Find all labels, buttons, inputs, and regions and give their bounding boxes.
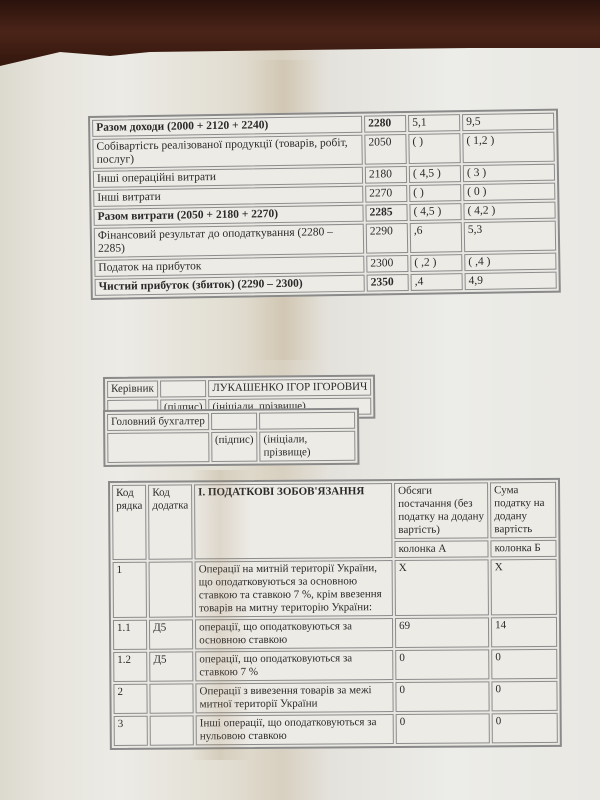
row-code: 1.2 bbox=[113, 652, 147, 682]
table-row: 1 Операції на митній території України, … bbox=[113, 559, 557, 618]
current-value: ,6 bbox=[410, 222, 462, 253]
current-value: ( 4,5 ) bbox=[409, 165, 461, 183]
current-value: ,4 bbox=[411, 273, 463, 291]
table-row: 2 Операції з вивезення товарів за межі м… bbox=[113, 681, 557, 714]
director-signature-field bbox=[160, 380, 207, 397]
current-value: ( ) bbox=[408, 133, 460, 164]
accountant-name bbox=[259, 412, 355, 430]
description: Операції з вивезення товарів за межі мит… bbox=[195, 682, 393, 713]
signature-caption: (підпис) bbox=[211, 432, 258, 462]
row-code: 1 bbox=[113, 562, 148, 618]
row-code: 2180 bbox=[365, 166, 407, 184]
col-b-value: 14 bbox=[491, 617, 557, 647]
description: операції, що оподатковуються за ставкою … bbox=[195, 650, 393, 681]
description: операції, що оподатковуються за основною… bbox=[195, 618, 393, 649]
row-label: Інші витрати bbox=[93, 186, 363, 207]
col-a-label: колонка А bbox=[394, 540, 488, 558]
previous-value: ( ,4 ) bbox=[464, 253, 556, 271]
description: Інші операції, що оподатковуються за нул… bbox=[196, 714, 394, 745]
row-label: Інші операційні витрати bbox=[93, 167, 363, 188]
previous-value: 4,9 bbox=[465, 272, 557, 290]
table-row: 3 Інші операції, що оподатковуються за н… bbox=[114, 713, 558, 746]
header-row-code: Код рядка bbox=[112, 485, 147, 560]
row-code: 2270 bbox=[365, 185, 407, 203]
current-value: ( 4,5 ) bbox=[409, 203, 461, 221]
accountant-role-label: Головний бухгалтер bbox=[107, 413, 209, 431]
current-value: ( ) bbox=[409, 184, 461, 202]
col-b-label: колонка Б bbox=[490, 540, 556, 557]
row-label: Разом доходи (2000 + 2120 + 2240) bbox=[92, 116, 362, 137]
director-name: ЛУКАШЕНКО ІГОР ІГОРОВИЧ bbox=[208, 379, 371, 397]
col-b-value: 0 bbox=[492, 713, 558, 743]
row-label: Разом витрати (2050 + 2180 + 2270) bbox=[93, 205, 363, 226]
header-col-a: Обсяги постачання (без податку на додану… bbox=[394, 482, 488, 539]
previous-value: ( 0 ) bbox=[463, 183, 555, 201]
previous-value: ( 4,2 ) bbox=[463, 202, 555, 220]
col-a-value: 0 bbox=[395, 649, 489, 680]
accountant-signature-block: Головний бухгалтер (підпис) (ініціали, п… bbox=[103, 408, 360, 467]
accountant-signature-field bbox=[211, 413, 258, 430]
col-a-value: 0 bbox=[395, 681, 489, 712]
current-value: 5,1 bbox=[408, 114, 460, 132]
table-row: 1.2 Д5 операції, що оподатковуються за с… bbox=[113, 649, 557, 682]
previous-value: ( 1,2 ) bbox=[462, 132, 554, 163]
row-label: Фінансовий результат до оподаткування (2… bbox=[94, 224, 364, 258]
row-code: 2300 bbox=[366, 255, 408, 273]
row-code: 2285 bbox=[365, 204, 407, 222]
col-b-value: 0 bbox=[491, 649, 557, 679]
current-value: ( ,2 ) bbox=[410, 254, 462, 272]
blank-cell bbox=[107, 432, 209, 463]
row-code: 2 bbox=[113, 684, 147, 714]
header-row: Код рядка Код додатка І. ПОДАТКОВІ ЗОБОВ… bbox=[112, 482, 556, 541]
name-caption: (ініціали, прізвище) bbox=[259, 431, 355, 462]
col-a-value: 0 bbox=[396, 713, 490, 744]
col-a-value: 69 bbox=[395, 617, 489, 648]
appendix-code: Д5 bbox=[149, 619, 193, 649]
table-row: Собівартість реалізованої продукції (тов… bbox=[92, 132, 554, 169]
row-label: Собівартість реалізованої продукції (тов… bbox=[92, 135, 362, 169]
appendix-code bbox=[149, 561, 193, 617]
previous-value: ( 3 ) bbox=[463, 164, 555, 182]
header-appendix-code: Код додатка bbox=[148, 484, 192, 559]
row-code: 2280 bbox=[364, 115, 406, 133]
director-role-label: Керівник bbox=[107, 381, 158, 398]
table-row: Фінансовий результат до оподаткування (2… bbox=[94, 221, 556, 258]
row-label: Податок на прибуток bbox=[94, 256, 364, 277]
row-code: 3 bbox=[114, 716, 148, 746]
row-code: 1.1 bbox=[113, 620, 147, 650]
col-a-value: X bbox=[395, 559, 489, 616]
appendix-code bbox=[150, 683, 194, 713]
section-title: І. ПОДАТКОВІ ЗОБОВ'ЯЗАННЯ bbox=[194, 483, 393, 559]
appendix-code: Д5 bbox=[149, 651, 193, 681]
row-code: 2350 bbox=[367, 274, 409, 292]
appendix-code bbox=[150, 715, 194, 745]
table-row: 1.1 Д5 операції, що оподатковуються за о… bbox=[113, 617, 557, 650]
header-col-b: Сума податку на додану вартість bbox=[490, 482, 556, 538]
row-code: 2050 bbox=[364, 134, 406, 165]
income-statement-table: Разом доходи (2000 + 2120 + 2240) 2280 5… bbox=[88, 109, 561, 300]
row-label: Чистий прибуток (збиток) (2290 – 2300) bbox=[95, 275, 365, 296]
previous-value: 9,5 bbox=[462, 113, 554, 131]
tax-obligations-table: Код рядка Код додатка І. ПОДАТКОВІ ЗОБОВ… bbox=[108, 478, 562, 750]
description: Операції на митній території України, що… bbox=[195, 560, 393, 617]
col-b-value: X bbox=[491, 559, 557, 615]
row-code: 2290 bbox=[366, 223, 408, 254]
previous-value: 5,3 bbox=[464, 221, 556, 252]
col-b-value: 0 bbox=[491, 681, 557, 711]
